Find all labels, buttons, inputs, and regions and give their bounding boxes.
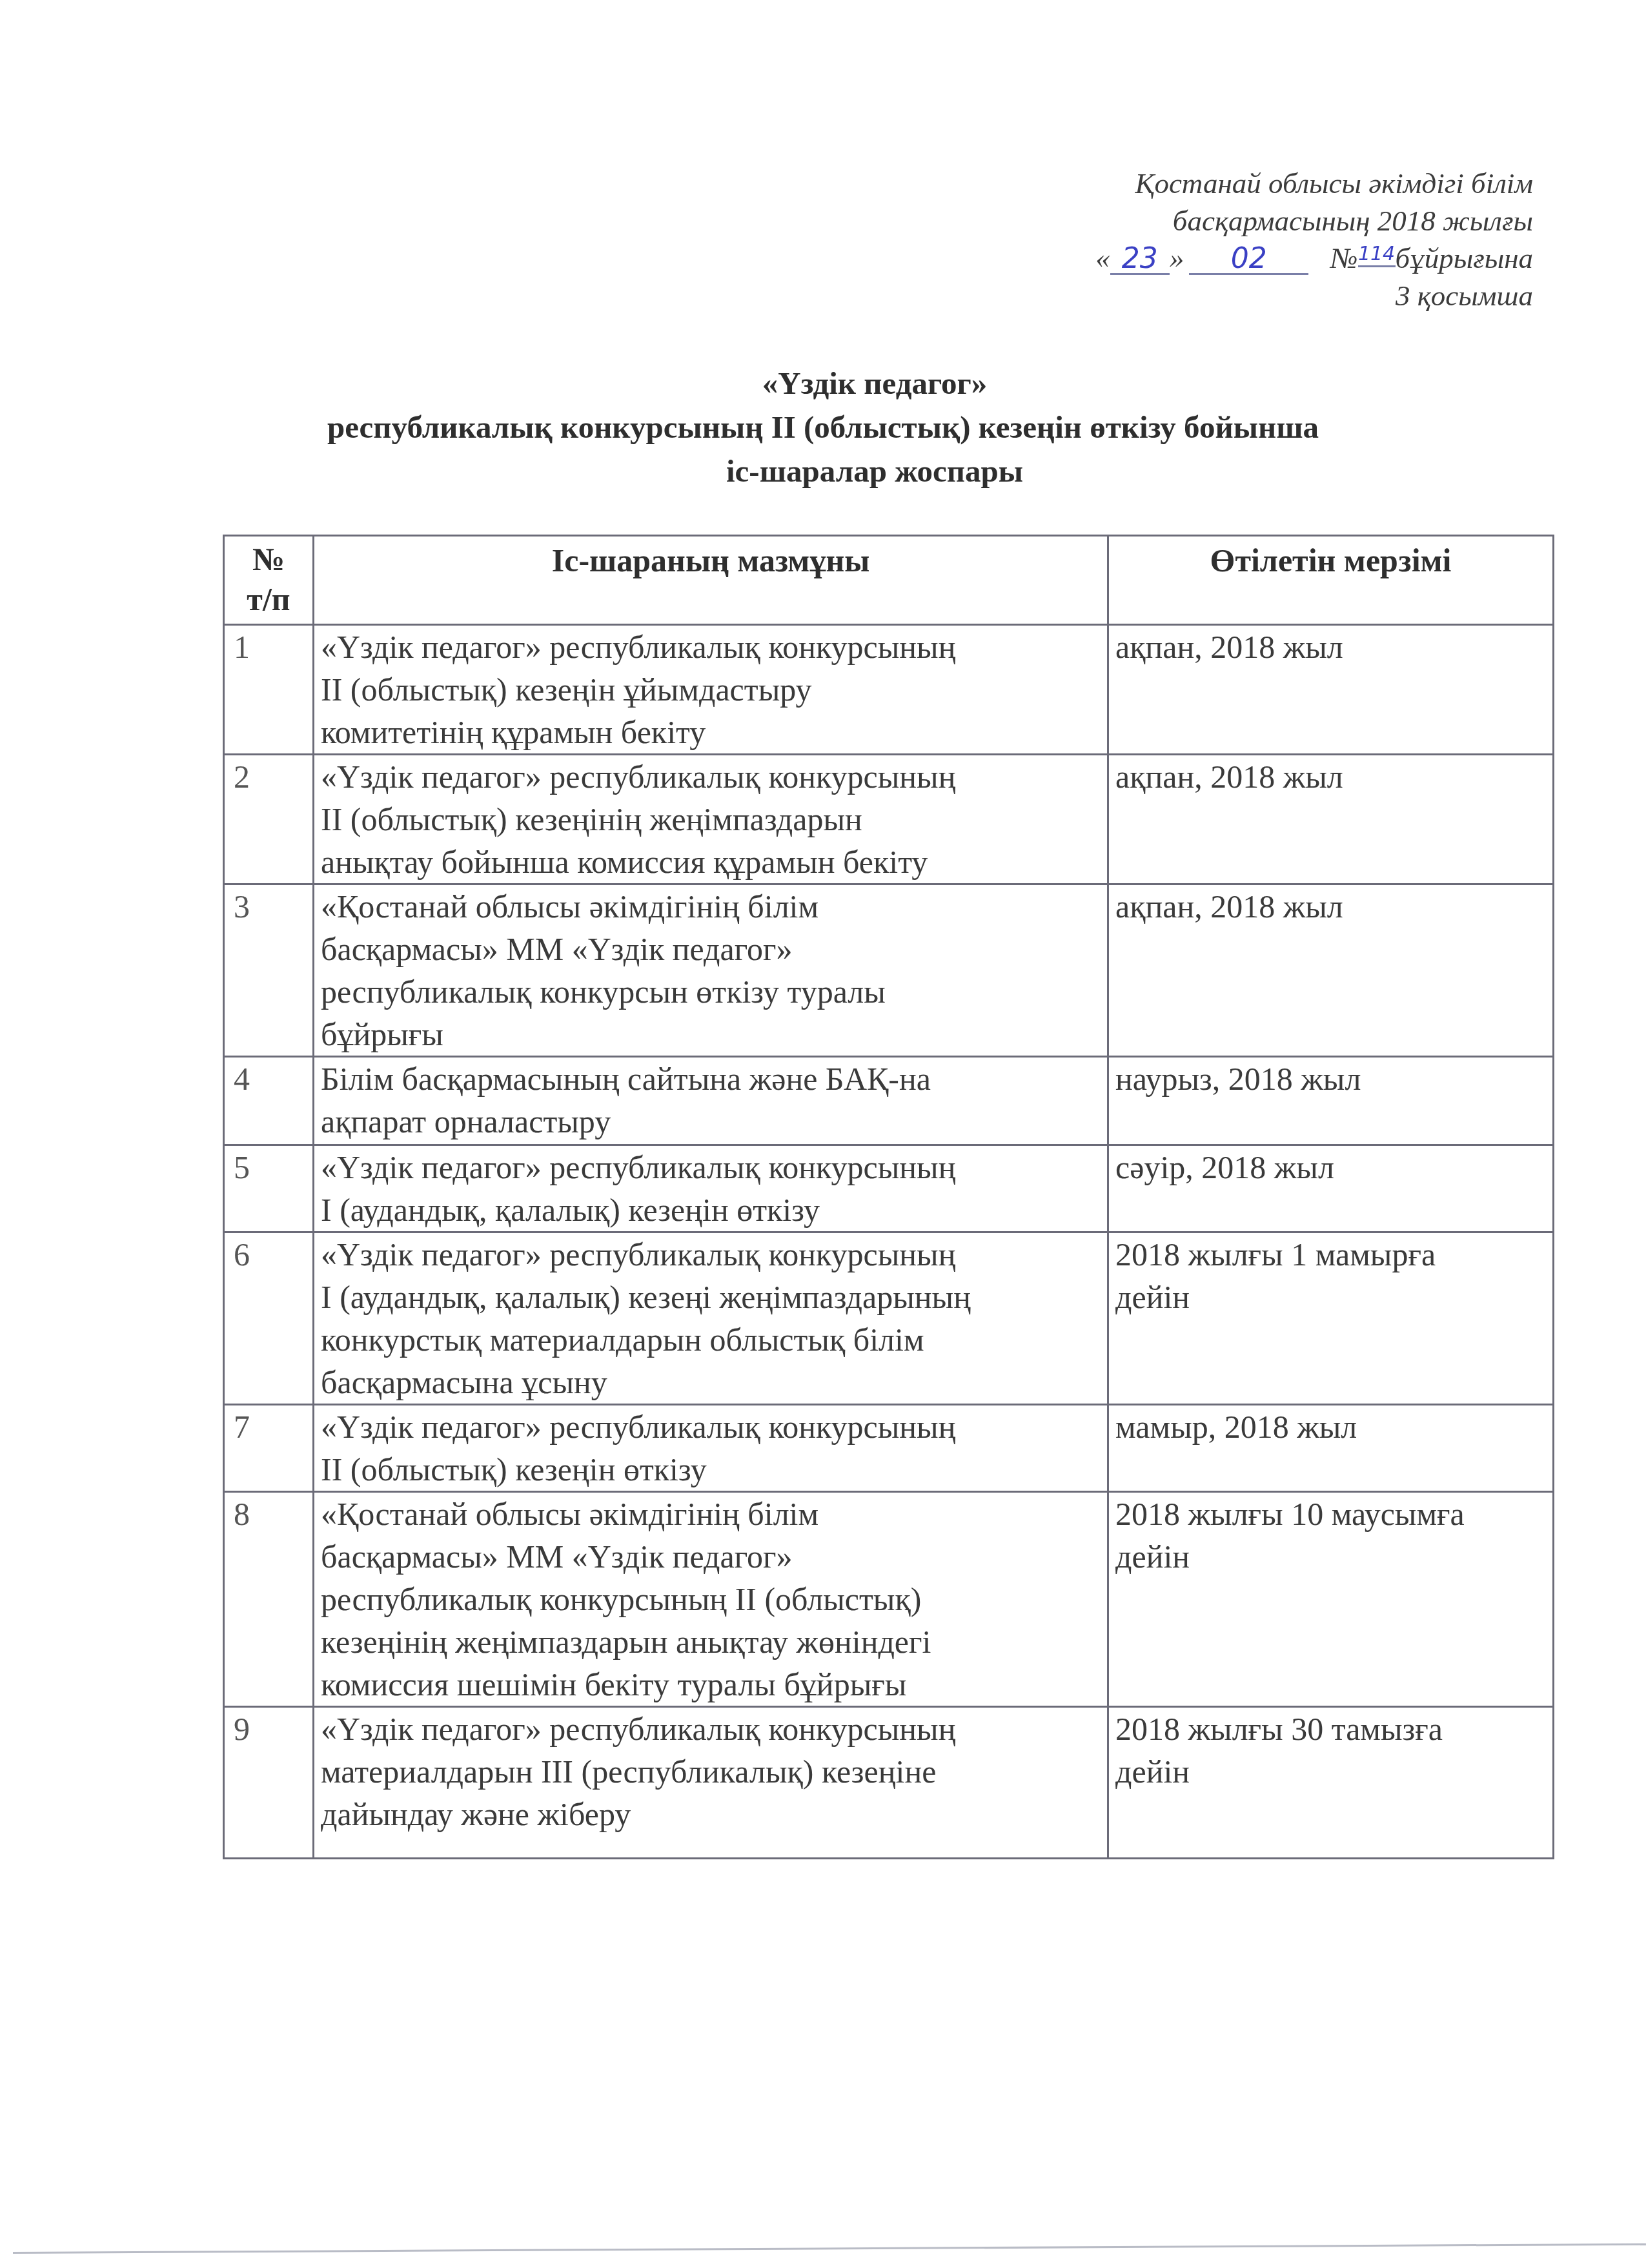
event-content-line: ақпарат орналастыру: [321, 1100, 1101, 1143]
table-row: 2«Үздік педагог» республикалық конкурсын…: [224, 755, 1554, 884]
deadline-line: ақпан, 2018 жыл: [1115, 755, 1546, 798]
order-reference-line-1: Қостанай облысы әкімдігі білім: [1095, 165, 1533, 202]
event-content-line: бұйрығы: [321, 1013, 1101, 1056]
event-content-line: кезеңінің жеңімпаздарын анықтау жөніндег…: [321, 1620, 1101, 1663]
event-content-line: республикалық конкурсының II (облыстық): [321, 1578, 1101, 1620]
title-line-1: «Үздік педагог»: [0, 362, 1646, 405]
title-line-2: республикалық конкурсының II (облыстық) …: [0, 405, 1646, 449]
deadline-line: дейін: [1115, 1750, 1546, 1793]
table-row: 9«Үздік педагог» республикалық конкурсын…: [224, 1707, 1554, 1859]
deadline-line: дейін: [1115, 1535, 1546, 1578]
row-number: 4: [224, 1057, 314, 1145]
row-number: 6: [224, 1232, 314, 1405]
event-content-cell: «Қостанай облысы әкімдігінің білімбасқар…: [314, 884, 1108, 1057]
handwritten-month: 02: [1231, 242, 1267, 275]
deadline-line: мамыр, 2018 жыл: [1115, 1405, 1546, 1448]
event-content-line: «Үздік педагог» республикалық конкурсыны…: [321, 1708, 1101, 1750]
event-content-line: II (облыстық) кезеңін ұйымдастыру: [321, 668, 1101, 711]
event-content-line: «Үздік педагог» республикалық конкурсыны…: [321, 1146, 1101, 1189]
row-number: 8: [224, 1492, 314, 1707]
event-content-line: дайындау және жіберу: [321, 1793, 1101, 1835]
deadline-cell: 2018 жылғы 10 маусымғадейін: [1108, 1492, 1554, 1707]
event-content-cell: «Үздік педагог» республикалық конкурсыны…: [314, 625, 1108, 755]
order-reference-block: Қостанай облысы әкімдігі білім басқармас…: [1095, 165, 1533, 314]
event-content-cell: «Үздік педагог» республикалық конкурсыны…: [314, 1145, 1108, 1232]
event-content-line: «Үздік педагог» республикалық конкурсыны…: [321, 1233, 1101, 1276]
deadline-line: 2018 жылғы 1 мамырға: [1115, 1233, 1546, 1276]
deadline-line: 2018 жылғы 30 тамызға: [1115, 1708, 1546, 1750]
row-number: 9: [224, 1707, 314, 1859]
header-number-sign: №: [231, 539, 306, 579]
scan-edge-line: [13, 2243, 1646, 2254]
deadline-line: ақпан, 2018 жыл: [1115, 885, 1546, 928]
event-content-line: Білім басқармасының сайтына және БАҚ-на: [321, 1057, 1101, 1100]
deadline-cell: ақпан, 2018 жыл: [1108, 625, 1554, 755]
event-content-line: «Үздік педагог» республикалық конкурсыны…: [321, 626, 1101, 668]
event-content-cell: «Үздік педагог» республикалық конкурсыны…: [314, 1405, 1108, 1492]
appendix-label: 3 қосымша: [1095, 277, 1533, 314]
event-content-line: басқармасына ұсыну: [321, 1361, 1101, 1404]
event-content-line: басқармасы» ММ «Үздік педагог»: [321, 928, 1101, 970]
row-number: 5: [224, 1145, 314, 1232]
event-content-line: «Үздік педагог» республикалық конкурсыны…: [321, 1405, 1101, 1448]
deadline-line: ақпан, 2018 жыл: [1115, 626, 1546, 668]
event-content-line: «Қостанай облысы әкімдігінің білім: [321, 885, 1101, 928]
event-content-line: комитетінің құрамын бекіту: [321, 711, 1101, 753]
event-content-line: комиссия шешімін бекіту туралы бұйрығы: [321, 1663, 1101, 1706]
deadline-line: дейін: [1115, 1276, 1546, 1318]
deadline-cell: ақпан, 2018 жыл: [1108, 755, 1554, 884]
table-header-row: № т/п Іс-шараның мазмұны Өтілетін мерзім…: [224, 536, 1554, 625]
deadline-cell: мамыр, 2018 жыл: [1108, 1405, 1554, 1492]
deadline-line: наурыз, 2018 жыл: [1115, 1057, 1546, 1100]
event-content-line: I (аудандық, қалалық) кезеңін өткізу: [321, 1189, 1101, 1231]
event-content-line: анықтау бойынша комиссия құрамын бекіту: [321, 841, 1101, 883]
table-row: 8«Қостанай облысы әкімдігінің білімбасқа…: [224, 1492, 1554, 1707]
document-title: «Үздік педагог» республикалық конкурсыны…: [0, 362, 1646, 493]
order-month-field: 02: [1189, 244, 1308, 275]
deadline-line: 2018 жылғы 10 маусымға: [1115, 1493, 1546, 1535]
table-row: 4Білім басқармасының сайтына және БАҚ-на…: [224, 1057, 1554, 1145]
event-content-line: I (аудандық, қалалық) кезеңі жеңімпаздар…: [321, 1276, 1101, 1318]
events-plan-table: № т/п Іс-шараның мазмұны Өтілетін мерзім…: [223, 535, 1554, 1859]
table-row: 7«Үздік педагог» республикалық конкурсын…: [224, 1405, 1554, 1492]
title-line-3: іс-шаралар жоспары: [0, 449, 1646, 493]
table-row: 1«Үздік педагог» республикалық конкурсын…: [224, 625, 1554, 755]
deadline-line: сәуір, 2018 жыл: [1115, 1146, 1546, 1189]
event-content-line: материалдарын III (республикалық) кезеңі…: [321, 1750, 1101, 1793]
deadline-cell: наурыз, 2018 жыл: [1108, 1057, 1554, 1145]
quote-open: «: [1095, 242, 1110, 274]
event-content-line: II (облыстық) кезеңінің жеңімпаздарын: [321, 798, 1101, 841]
order-number-field: 114: [1358, 243, 1396, 267]
event-content-cell: «Үздік педагог» республикалық конкурсыны…: [314, 1707, 1108, 1859]
event-content-line: басқармасы» ММ «Үздік педагог»: [321, 1535, 1101, 1578]
order-word: бұйрығына: [1396, 242, 1533, 274]
event-content-line: «Қостанай облысы әкімдігінің білім: [321, 1493, 1101, 1535]
event-content-cell: Білім басқармасының сайтына және БАҚ-наа…: [314, 1057, 1108, 1145]
row-number: 1: [224, 625, 314, 755]
event-content-cell: «Үздік педагог» республикалық конкурсыны…: [314, 1232, 1108, 1405]
row-number: 7: [224, 1405, 314, 1492]
event-content-line: республикалық конкурсын өткізу туралы: [321, 970, 1101, 1013]
number-sign: №: [1330, 242, 1357, 274]
quote-close: »: [1170, 242, 1184, 274]
header-number: № т/п: [224, 536, 314, 625]
header-number-abbrev: т/п: [231, 579, 306, 619]
table-row: 6«Үздік педагог» республикалық конкурсын…: [224, 1232, 1554, 1405]
deadline-cell: 2018 жылғы 1 мамырғадейін: [1108, 1232, 1554, 1405]
handwritten-day: 23: [1122, 242, 1158, 275]
table-row: 3«Қостанай облысы әкімдігінің білімбасқа…: [224, 884, 1554, 1057]
row-number: 2: [224, 755, 314, 884]
order-day-field: 23: [1110, 244, 1170, 275]
event-content-line: конкурстық материалдарын облыстық білім: [321, 1318, 1101, 1361]
deadline-cell: ақпан, 2018 жыл: [1108, 884, 1554, 1057]
table-row: 5«Үздік педагог» республикалық конкурсын…: [224, 1145, 1554, 1232]
handwritten-order-number: 114: [1358, 243, 1395, 265]
event-content-cell: «Қостанай облысы әкімдігінің білімбасқар…: [314, 1492, 1108, 1707]
event-content-line: II (облыстық) кезеңін өткізу: [321, 1448, 1101, 1491]
deadline-cell: 2018 жылғы 30 тамызғадейін: [1108, 1707, 1554, 1859]
document-page: Қостанай облысы әкімдігі білім басқармас…: [0, 0, 1646, 2268]
event-content-cell: «Үздік педагог» республикалық конкурсыны…: [314, 755, 1108, 884]
order-reference-line-3: «23»02 №114бұйрығына: [1095, 240, 1533, 277]
row-number: 3: [224, 884, 314, 1057]
order-reference-line-2: басқармасының 2018 жылғы: [1095, 202, 1533, 240]
header-content: Іс-шараның мазмұны: [314, 536, 1108, 625]
event-content-line: «Үздік педагог» республикалық конкурсыны…: [321, 755, 1101, 798]
table-body: 1«Үздік педагог» республикалық конкурсын…: [224, 625, 1554, 1859]
header-deadline: Өтілетін мерзімі: [1108, 536, 1554, 625]
deadline-cell: сәуір, 2018 жыл: [1108, 1145, 1554, 1232]
